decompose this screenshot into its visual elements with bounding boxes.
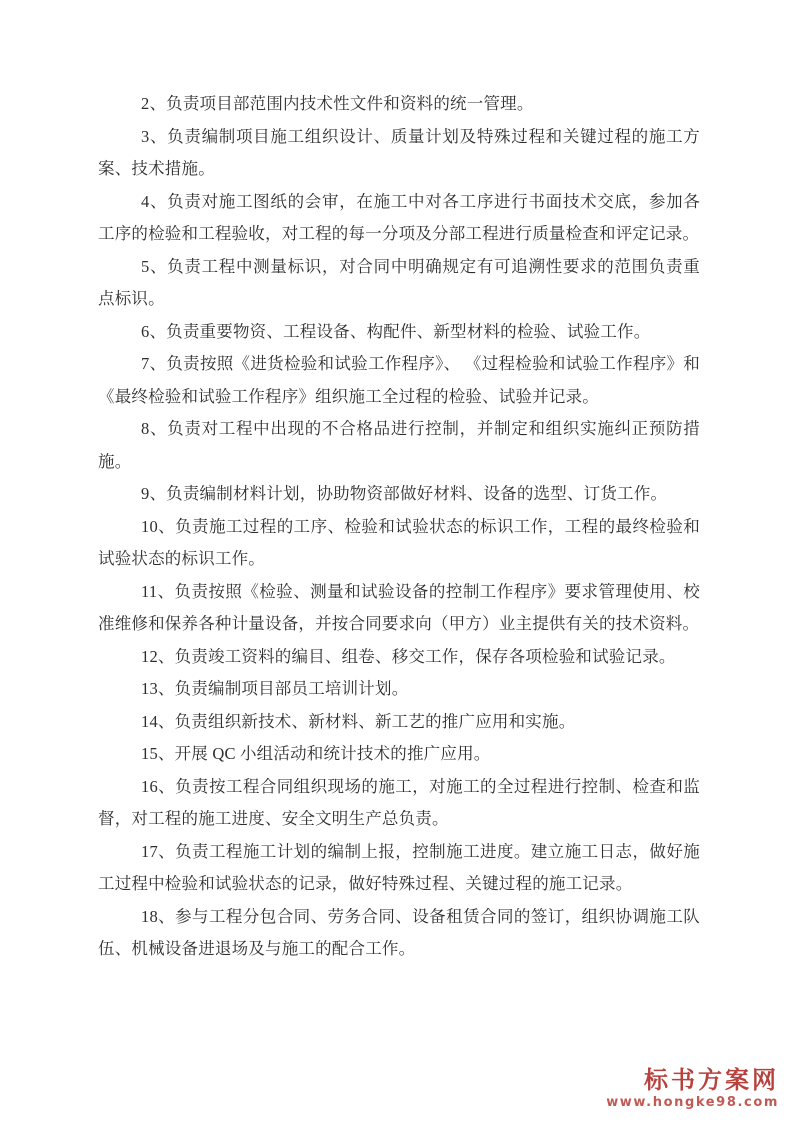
document-paragraph: 15、开展 QC 小组活动和统计技术的推广应用。 [98, 738, 700, 771]
document-paragraph: 3、负责编制项目施工组织设计、质量计划及特殊过程和关键过程的施工方案、技术措施。 [98, 121, 700, 186]
document-paragraph: 16、负责按工程合同组织现场的施工，对施工的全过程进行控制、检查和监督，对工程的… [98, 771, 700, 836]
document-paragraph: 18、参与工程分包合同、劳务合同、设备租赁合同的签订，组织协调施工队伍、机械设备… [98, 901, 700, 966]
document-paragraph: 6、负责重要物资、工程设备、构配件、新型材料的检验、试验工作。 [98, 316, 700, 349]
document-paragraph: 10、负责施工过程的工序、检验和试验状态的标识工作，工程的最终检验和试验状态的标… [98, 511, 700, 576]
document-paragraph: 2、负责项目部范围内技术性文件和资料的统一管理。 [98, 88, 700, 121]
document-paragraph: 7、负责按照《进货检验和试验工作程序》、 《过程检验和试验工作程序》和《最终检验… [98, 348, 700, 413]
document-paragraph: 13、负责编制项目部员工培训计划。 [98, 673, 700, 706]
document-paragraph: 9、负责编制材料计划，协助物资部做好材料、设备的选型、订货工作。 [98, 478, 700, 511]
document-paragraph: 11、负责按照《检验、测量和试验设备的控制工作程序》要求管理使用、校准维修和保养… [98, 576, 700, 641]
document-paragraph: 8、负责对工程中出现的不合格品进行控制，并制定和组织实施纠正预防措施。 [98, 413, 700, 478]
document-paragraph: 17、负责工程施工计划的编制上报，控制施工进度。建立施工日志，做好施工过程中检验… [98, 836, 700, 901]
document-body: 2、负责项目部范围内技术性文件和资料的统一管理。3、负责编制项目施工组织设计、质… [98, 88, 700, 966]
document-paragraph: 12、负责竣工资料的编目、组卷、移交工作，保存各项检验和试验记录。 [98, 641, 700, 674]
document-paragraph: 4、负责对施工图纸的会审，在施工中对各工序进行书面技术交底，参加各工序的检验和工… [98, 186, 700, 251]
document-paragraph: 5、负责工程中测量标识，对合同中明确规定有可追溯性要求的范围负责重点标识。 [98, 251, 700, 316]
watermark-site-name: 标书方案网 [606, 1067, 779, 1093]
document-page: 2、负责项目部范围内技术性文件和资料的统一管理。3、负责编制项目施工组织设计、质… [0, 0, 793, 1122]
watermark-site-url: www.hongke98.com [606, 1096, 779, 1110]
watermark: 标书方案网 www.hongke98.com [606, 1067, 779, 1110]
document-paragraph: 14、负责组织新技术、新材料、新工艺的推广应用和实施。 [98, 706, 700, 739]
